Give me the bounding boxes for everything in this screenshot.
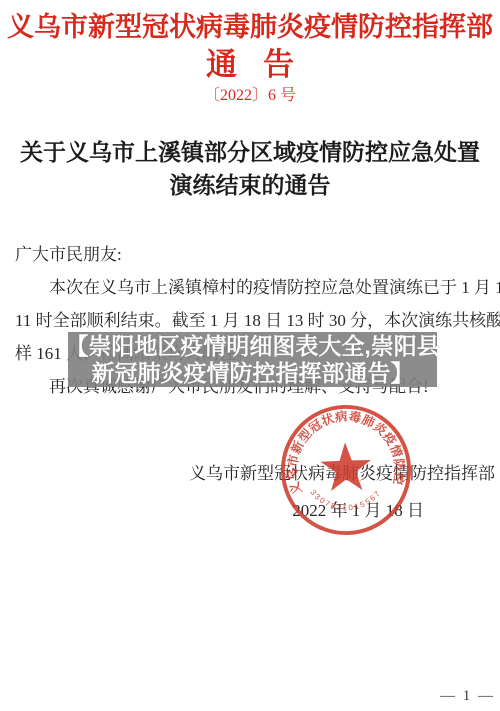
document-number: 〔2022〕6 号 (0, 82, 500, 105)
watermark-overlay: 【崇阳地区疫情明细图表大全,崇阳县 新冠肺炎疫情防控指挥部通告】 (68, 332, 437, 387)
document-type-title: 通告 (0, 39, 500, 84)
watermark-line1: 【崇阳地区疫情明细图表大全,崇阳县 (65, 333, 439, 360)
signature-org-name: 义乌市新型冠状病毒肺炎疫情防控指挥部 (0, 459, 495, 484)
watermark-line2: 新冠肺炎疫情防控指挥部通告】 (92, 360, 414, 387)
notice-document-page: 义乌市新型冠状病毒肺炎疫情防控指挥部 通告 〔2022〕6 号 关于义乌市上溪镇… (0, 0, 500, 711)
paragraph1-line1: 本次在义乌市上溪镇樟村的疫情防控应急处置演练已于 1 月 18 日 (15, 271, 492, 304)
seal-serial-number: 3307821015567 (308, 485, 383, 513)
seal-star-icon (320, 442, 372, 492)
document-title-line1: 关于义乌市上溪镇部分区域疫情防控应急处置 (0, 136, 500, 169)
page-number: — 1 — (440, 688, 495, 705)
salutation: 广大市民朋友: (15, 238, 492, 271)
document-title: 关于义乌市上溪镇部分区域疫情防控应急处置 演练结束的通告 (0, 136, 500, 202)
svg-text:3307821015567: 3307821015567 (308, 485, 383, 513)
official-seal-icon: 义乌市新型冠状病毒肺炎疫情防控指挥部 3307821015567 (275, 399, 418, 542)
document-title-line2: 演练结束的通告 (0, 169, 500, 202)
